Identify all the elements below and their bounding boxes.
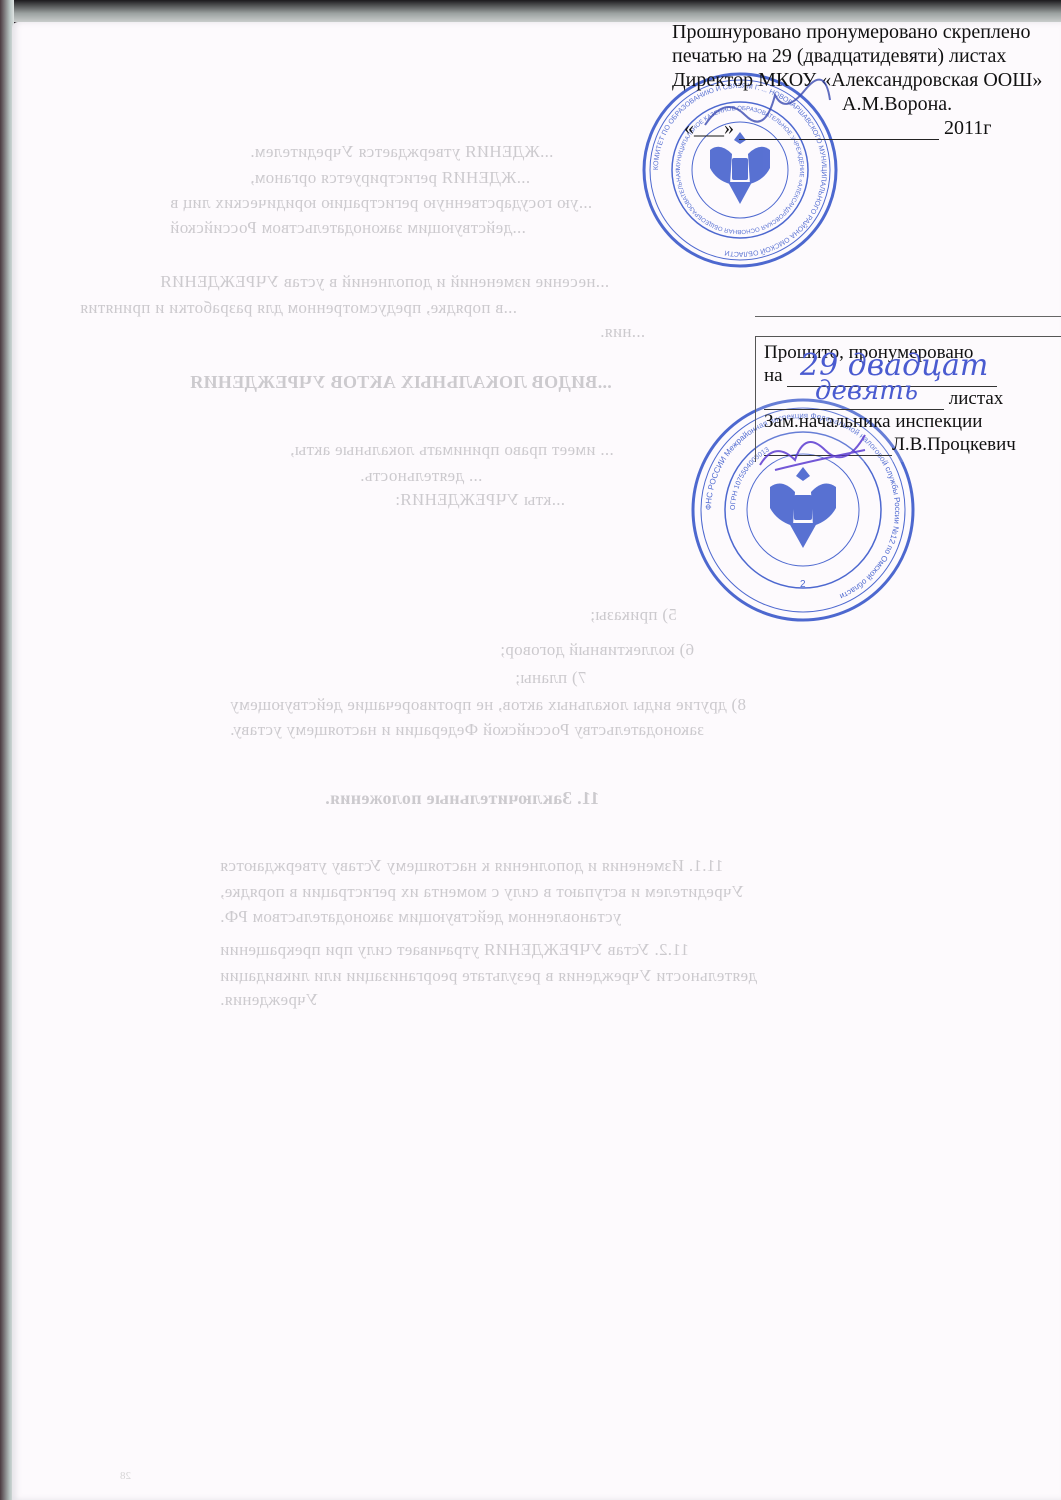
cert-line-1: Прошнуровано пронумеровано скреплено [672, 20, 1061, 44]
bleed-line: 7) планы; [515, 668, 586, 688]
scan-edge-top [0, 0, 1061, 22]
cert-date-year: 2011г [944, 117, 991, 139]
sticker-edge [755, 316, 1061, 317]
bleed-page-number: 28 [120, 1470, 131, 1482]
handwritten-page-count-words: девять [815, 376, 918, 406]
sticker-na-label: на [764, 365, 783, 386]
bleed-line: ... имеет право принимать локальные акты… [290, 440, 614, 460]
tax-stamp-number: 2 [800, 579, 806, 590]
bleed-line: Учреждения. [220, 990, 318, 1010]
bleed-line: ...ния. [600, 322, 645, 342]
bleed-heading: 11. Заключительные положения. [325, 788, 599, 809]
bleed-line: 8) другие виды локальных актов, не проти… [230, 695, 746, 715]
eagle-emblem-icon [710, 132, 770, 204]
bleed-line: ...ЖДЕНИЯ регистрируется органом, [250, 168, 530, 188]
bleed-line: 6) коллективный договор; [500, 640, 694, 660]
director-signature [700, 75, 840, 135]
inspector-signature [755, 420, 895, 480]
bleed-line: установленном действующим законодательст… [220, 907, 621, 927]
bleed-line: ...в порядке, предусмотренном для разраб… [80, 298, 517, 318]
document-page [12, 22, 1061, 1500]
bleed-line: ...несение изменений и дополнений в уста… [160, 272, 609, 292]
bleed-line: 11.2. Устав УЧРЕЖДЕНИЯ утрачивает силу п… [220, 940, 689, 960]
sticker-pages-label: листах [949, 388, 1004, 409]
bleed-line: деятельности Учреждения в результате рео… [220, 966, 757, 986]
bleed-line: ...кты УЧРЕЖДЕНИЯ: [395, 490, 565, 510]
bleed-line: 11.1. Изменения и дополнения к настоящем… [220, 856, 723, 876]
bleed-heading: ...ВИДОВ ЛОКАЛЬНЫХ АКТОВ УЧРЕЖДЕНИЯ [190, 372, 612, 393]
bleed-line: ... деятельность. [360, 466, 482, 486]
bleed-line: ...действующим законодательством Российс… [170, 218, 526, 238]
bleed-line: 5) приказы; [590, 605, 677, 625]
bleed-line: законодательству Российской Федерации и … [230, 720, 704, 740]
sticker-signer-name: Л.В.Процкевич [892, 434, 1016, 455]
bleed-line: ...ую государственную регистрацию юридич… [170, 193, 592, 213]
bleed-line: ...ЖДЕНИЯ утверждается Учредителем. [250, 142, 553, 162]
cert-line-2: печатью на 29 (двадцатидевяти) листах [672, 44, 1061, 68]
bleed-line: Учредителем и вступают в силу с момента … [220, 882, 744, 902]
